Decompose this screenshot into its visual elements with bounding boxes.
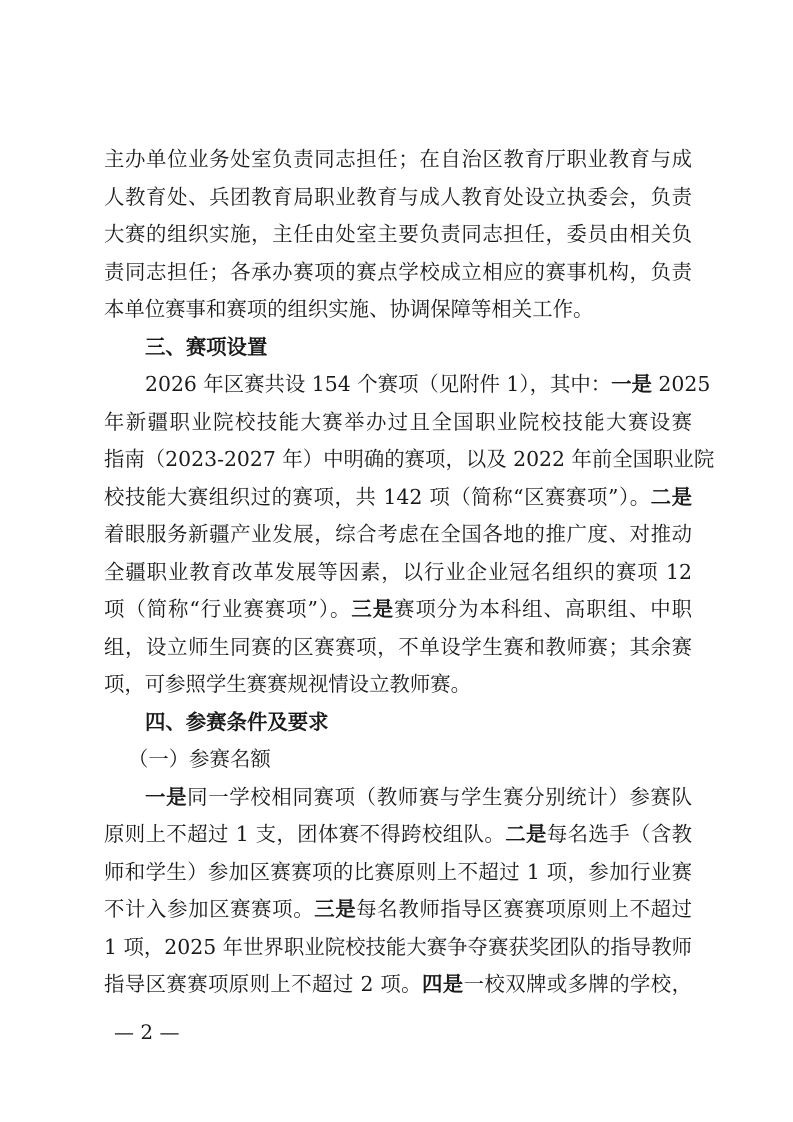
text-line: 责同志担任；各承办赛项的赛点学校成立相应的赛事机构，负责 — [104, 254, 692, 292]
text-line: 校技能大赛组织过的赛项，共 142 项（简称“区赛赛项”）。二是 — [104, 479, 692, 517]
paragraph-event-setup: 2026 年区赛共设 154 个赛项（见附件 1），其中：一是 2025 年新疆… — [104, 366, 692, 704]
text-line: 原则上不超过 1 支，团体赛不得跨校组队。二是每名选手（含教 — [104, 816, 692, 854]
text-line: 项，可参照学生赛赛规视情设立教师赛。 — [104, 666, 692, 704]
text-line: 着眼服务新疆产业发展，综合考虑在全国各地的推广度、对推动 — [104, 516, 692, 554]
document-page: 主办单位业务处室负责同志担任；在自治区教育厅职业教育与成 人教育处、兵团教育局职… — [104, 141, 692, 1004]
text-line: 人教育处、兵团教育局职业教育与成人教育处设立执委会，负责 — [104, 179, 692, 217]
page-number: — 2 — — [114, 1018, 179, 1046]
text-line: 1 项，2025 年世界职业院校技能大赛争夺赛获奖团队的指导教师 — [104, 929, 692, 967]
text-line: 师和学生）参加区赛赛项的比赛原则上不超过 1 项，参加行业赛 — [104, 854, 692, 892]
paragraph-quota: 一是同一学校相同赛项（教师赛与学生赛分别统计）参赛队 原则上不超过 1 支，团体… — [104, 779, 692, 1004]
section-heading-requirements: 四、参赛条件及要求 — [104, 704, 692, 742]
text-line: 组，设立师生同赛的区赛赛项，不单设学生赛和教师赛；其余赛 — [104, 629, 692, 667]
text-line: 本单位赛事和赛项的组织实施、协调保障等相关工作。 — [104, 291, 692, 329]
text-line: 一是同一学校相同赛项（教师赛与学生赛分别统计）参赛队 — [104, 779, 692, 817]
subsection-heading-quota: （一）参赛名额 — [104, 741, 692, 779]
text-line: 大赛的组织实施，主任由处室主要负责同志担任，委员由相关负 — [104, 216, 692, 254]
text-line: 指导区赛赛项原则上不超过 2 项。四是一校双牌或多牌的学校， — [104, 966, 692, 1004]
text-line: 指南（2023-2027 年）中明确的赛项，以及 2022 年前全国职业院 — [104, 441, 692, 479]
text-line: 全疆职业教育改革发展等因素，以行业企业冠名组织的赛项 12 — [104, 554, 692, 592]
paragraph-organization: 主办单位业务处室负责同志担任；在自治区教育厅职业教育与成 人教育处、兵团教育局职… — [104, 141, 692, 329]
text-line: 年新疆职业院校技能大赛举办过且全国职业院校技能大赛设赛 — [104, 404, 692, 442]
text-line: 主办单位业务处室负责同志担任；在自治区教育厅职业教育与成 — [104, 141, 692, 179]
text-line: 项（简称“行业赛赛项”）。三是赛项分为本科组、高职组、中职 — [104, 591, 692, 629]
text-line: 2026 年区赛共设 154 个赛项（见附件 1），其中：一是 2025 — [104, 366, 692, 404]
text-line: 不计入参加区赛赛项。三是每名教师指导区赛赛项原则上不超过 — [104, 891, 692, 929]
section-heading-event-setup: 三、赛项设置 — [104, 329, 692, 367]
